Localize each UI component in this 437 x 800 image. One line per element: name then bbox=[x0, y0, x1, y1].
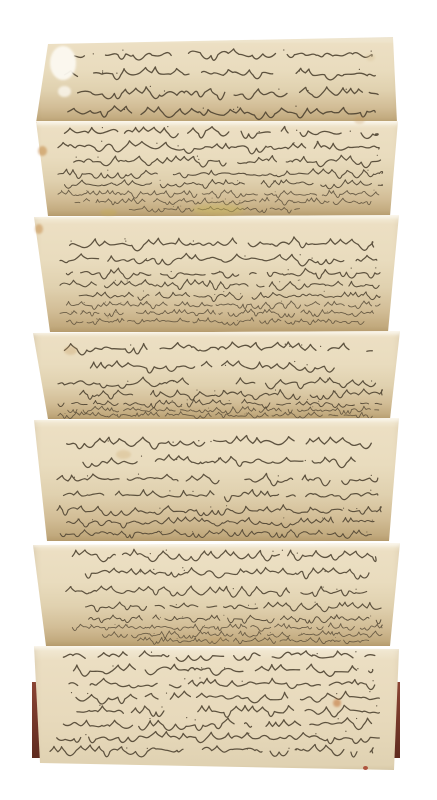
script-line bbox=[58, 399, 382, 408]
script-line bbox=[57, 505, 381, 516]
panel-4 bbox=[30, 331, 404, 419]
script-line bbox=[65, 342, 373, 355]
script-line bbox=[66, 317, 364, 325]
panel-2 bbox=[30, 121, 404, 216]
script-line bbox=[68, 106, 375, 120]
script-line bbox=[80, 389, 383, 400]
script-line bbox=[64, 490, 378, 502]
script-line bbox=[74, 49, 372, 60]
script-line bbox=[75, 197, 371, 205]
script-line bbox=[65, 67, 376, 80]
script-line bbox=[69, 678, 375, 690]
script-line bbox=[102, 631, 382, 639]
script-line bbox=[67, 435, 372, 449]
script-line bbox=[58, 190, 379, 198]
script-line bbox=[85, 568, 369, 580]
handwritten-script-lines bbox=[30, 215, 404, 332]
script-line bbox=[65, 126, 379, 138]
manuscript-panels bbox=[0, 0, 437, 800]
script-line bbox=[83, 455, 355, 468]
script-line bbox=[60, 279, 379, 290]
panel-3 bbox=[30, 215, 404, 332]
handwritten-script-lines bbox=[30, 418, 404, 541]
handwritten-script-lines bbox=[30, 543, 404, 646]
script-line bbox=[60, 309, 374, 317]
script-line bbox=[138, 637, 369, 644]
script-line bbox=[74, 155, 381, 167]
script-line bbox=[65, 179, 383, 188]
script-line bbox=[58, 141, 379, 154]
script-line bbox=[63, 718, 371, 731]
manuscript bbox=[0, 0, 437, 800]
script-line bbox=[58, 377, 376, 389]
script-line bbox=[129, 206, 299, 213]
script-line bbox=[86, 602, 382, 612]
script-line bbox=[60, 253, 377, 266]
panel-7 bbox=[30, 646, 404, 770]
script-line bbox=[77, 705, 379, 717]
panel-6 bbox=[30, 543, 404, 646]
script-line bbox=[72, 623, 382, 631]
panel-1 bbox=[30, 37, 404, 123]
script-line bbox=[79, 291, 380, 301]
script-line bbox=[57, 731, 380, 743]
handwritten-script-lines bbox=[30, 37, 404, 123]
script-line bbox=[72, 691, 380, 704]
script-line bbox=[72, 549, 376, 561]
panel-5 bbox=[30, 418, 404, 541]
script-line bbox=[74, 664, 373, 676]
handwritten-script-lines bbox=[30, 331, 404, 419]
script-line bbox=[50, 744, 373, 757]
script-line bbox=[66, 301, 380, 309]
script-line bbox=[66, 268, 380, 279]
handwritten-script-lines bbox=[30, 646, 404, 770]
script-line bbox=[58, 169, 383, 179]
script-line bbox=[70, 237, 374, 251]
script-line bbox=[78, 86, 379, 99]
script-line bbox=[68, 406, 379, 414]
photo-background bbox=[0, 0, 437, 800]
script-line bbox=[67, 517, 374, 528]
script-line bbox=[57, 473, 378, 485]
script-line bbox=[89, 615, 381, 624]
script-line bbox=[63, 651, 374, 662]
script-line bbox=[66, 586, 367, 597]
script-line bbox=[90, 361, 334, 373]
handwritten-script-lines bbox=[30, 121, 404, 216]
script-line bbox=[58, 412, 372, 419]
script-line bbox=[60, 529, 371, 538]
